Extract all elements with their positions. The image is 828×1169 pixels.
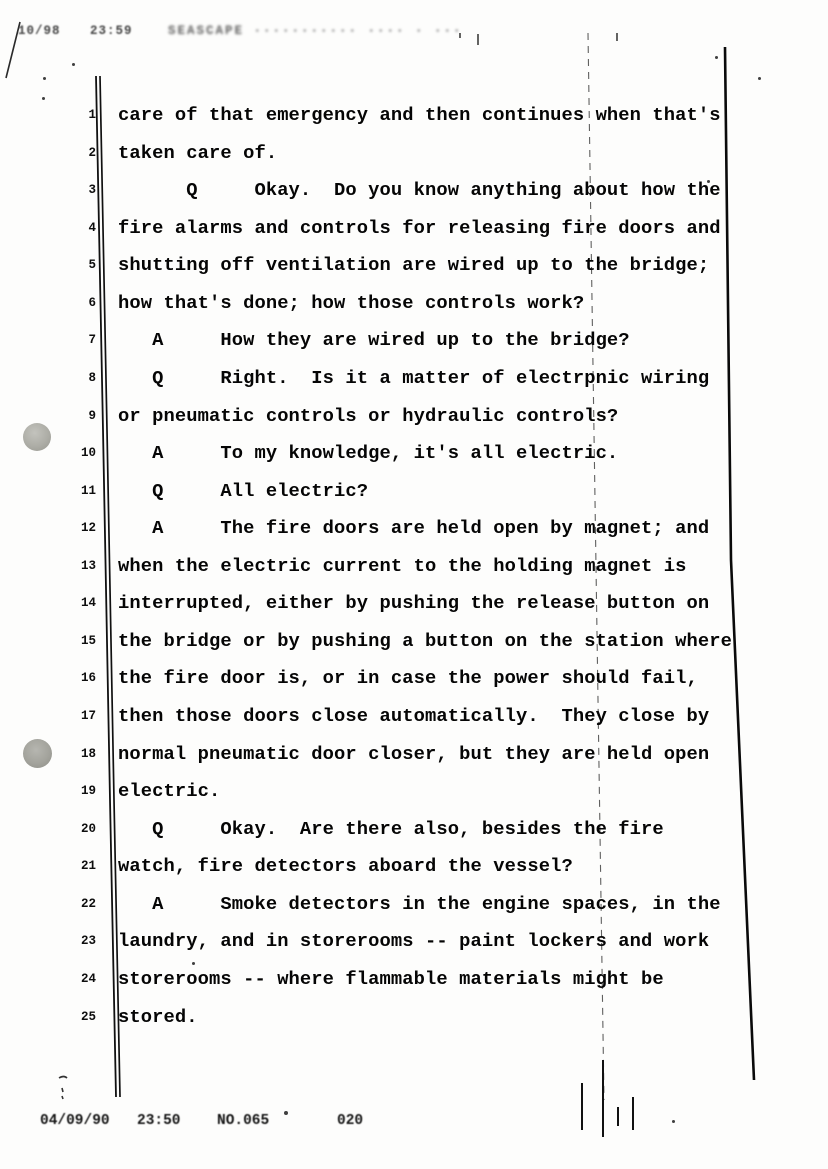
scan-dot [192,962,195,965]
hole-punch-top [23,423,51,451]
line-number: 19 [58,773,96,811]
fax-footer: 04/09/90 23:50 NO.065 020 [0,1113,828,1139]
line-text: Q Right. Is it a matter of electrpnic wi… [118,360,778,398]
transcript-line: 12 A The fire doors are held open by mag… [118,510,778,548]
line-number: 9 [58,398,96,436]
transcript-lines: 1care of that emergency and then continu… [118,97,778,1036]
line-number: 24 [58,961,96,999]
line-text: shutting off ventilation are wired up to… [118,247,778,285]
line-text: watch, fire detectors aboard the vessel? [118,848,778,886]
transcript-line: 7 A How they are wired up to the bridge? [118,322,778,360]
margin-rule-outer [96,76,116,1097]
transcript-line: 25stored. [118,999,778,1037]
line-text: fire alarms and controls for releasing f… [118,210,778,248]
line-text: the bridge or by pushing a button on the… [118,623,778,661]
transcript-line: 19electric. [118,773,778,811]
line-number: 25 [58,999,96,1037]
transcript-line: 8 Q Right. Is it a matter of electrpnic … [118,360,778,398]
transcript-line: 18normal pneumatic door closer, but they… [118,736,778,774]
fax-footer-page-code: 020 [337,1113,363,1129]
fax-header-time: 23:59 [90,24,133,38]
line-text: A Smoke detectors in the engine spaces, … [118,886,778,924]
transcript-line: 23laundry, and in storerooms -- paint lo… [118,923,778,961]
fax-header-sender: SEASCAPE ··········· ···· · ··· [168,24,463,38]
line-text: interrupted, either by pushing the relea… [118,585,778,623]
line-number: 6 [58,285,96,323]
line-number: 10 [58,435,96,473]
line-number: 18 [58,736,96,774]
line-text: the fire door is, or in case the power s… [118,660,778,698]
transcript-line: 4fire alarms and controls for releasing … [118,210,778,248]
line-text: Q All electric? [118,473,778,511]
scan-dot [72,63,75,66]
scan-dot [43,77,46,80]
transcript-line: 1care of that emergency and then continu… [118,97,778,135]
line-text: A The fire doors are held open by magnet… [118,510,778,548]
line-text: A How they are wired up to the bridge? [118,322,778,360]
line-text: A To my knowledge, it's all electric. [118,435,778,473]
line-text: stored. [118,999,778,1037]
fax-header-date: 10/98 [18,24,61,38]
fax-footer-number: NO.065 [217,1113,269,1129]
line-text: electric. [118,773,778,811]
line-number: 20 [58,811,96,849]
line-text: then those doors close automatically. Th… [118,698,778,736]
fax-footer-date: 04/09/90 [40,1113,110,1129]
line-number: 16 [58,660,96,698]
line-number: 1 [58,97,96,135]
transcript-line: 16the fire door is, or in case the power… [118,660,778,698]
transcript-line: 21watch, fire detectors aboard the vesse… [118,848,778,886]
line-number: 13 [58,548,96,586]
transcript-line: 22 A Smoke detectors in the engine space… [118,886,778,924]
fax-header: 10/98 23:59 SEASCAPE ··········· ···· · … [18,24,52,94]
line-number: 22 [58,886,96,924]
line-text: storerooms -- where flammable materials … [118,961,778,999]
transcript-line: 24storerooms -- where flammable material… [118,961,778,999]
line-text: Q Okay. Do you know anything about how t… [118,172,778,210]
line-text: Q Okay. Are there also, besides the fire [118,811,778,849]
line-number: 14 [58,585,96,623]
transcript-line: 15the bridge or by pushing a button on t… [118,623,778,661]
fax-footer-time: 23:50 [137,1113,181,1129]
line-number: 21 [58,848,96,886]
line-number: 8 [58,360,96,398]
line-text: laundry, and in storerooms -- paint lock… [118,923,778,961]
line-text: taken care of. [118,135,778,173]
transcript-line: 14interrupted, either by pushing the rel… [118,585,778,623]
transcript-line: 20 Q Okay. Are there also, besides the f… [118,811,778,849]
line-text: or pneumatic controls or hydraulic contr… [118,398,778,436]
line-number: 5 [58,247,96,285]
line-number: 12 [58,510,96,548]
scan-dot [758,77,761,80]
transcript-line: 2taken care of. [118,135,778,173]
line-number: 11 [58,473,96,511]
scan-dot [715,56,718,59]
top-tick-marks [460,33,617,45]
margin-rule-inner [100,76,120,1097]
transcript-line: 17then those doors close automatically. … [118,698,778,736]
transcript-line: 5shutting off ventilation are wired up t… [118,247,778,285]
line-text: how that's done; how those controls work… [118,285,778,323]
line-number: 7 [58,322,96,360]
transcript-line: 9or pneumatic controls or hydraulic cont… [118,398,778,436]
scan-dot [42,97,45,100]
transcript-line: 11 Q All electric? [118,473,778,511]
line-text: care of that emergency and then continue… [118,97,778,135]
left-squiggle-mark [59,1077,67,1100]
line-number: 17 [58,698,96,736]
transcript-line: 3 Q Okay. Do you know anything about how… [118,172,778,210]
hole-punch-bottom [23,739,52,768]
line-number: 4 [58,210,96,248]
scan-dot [707,180,710,183]
line-number: 15 [58,623,96,661]
line-number: 2 [58,135,96,173]
line-number: 23 [58,923,96,961]
transcript-line: 10 A To my knowledge, it's all electric. [118,435,778,473]
transcript-line: 13when the electric current to the holdi… [118,548,778,586]
line-text: when the electric current to the holding… [118,548,778,586]
transcript-line: 6how that's done; how those controls wor… [118,285,778,323]
line-text: normal pneumatic door closer, but they a… [118,736,778,774]
line-number: 3 [58,172,96,210]
scanned-transcript-page: 10/98 23:59 SEASCAPE ··········· ···· · … [0,0,828,1169]
